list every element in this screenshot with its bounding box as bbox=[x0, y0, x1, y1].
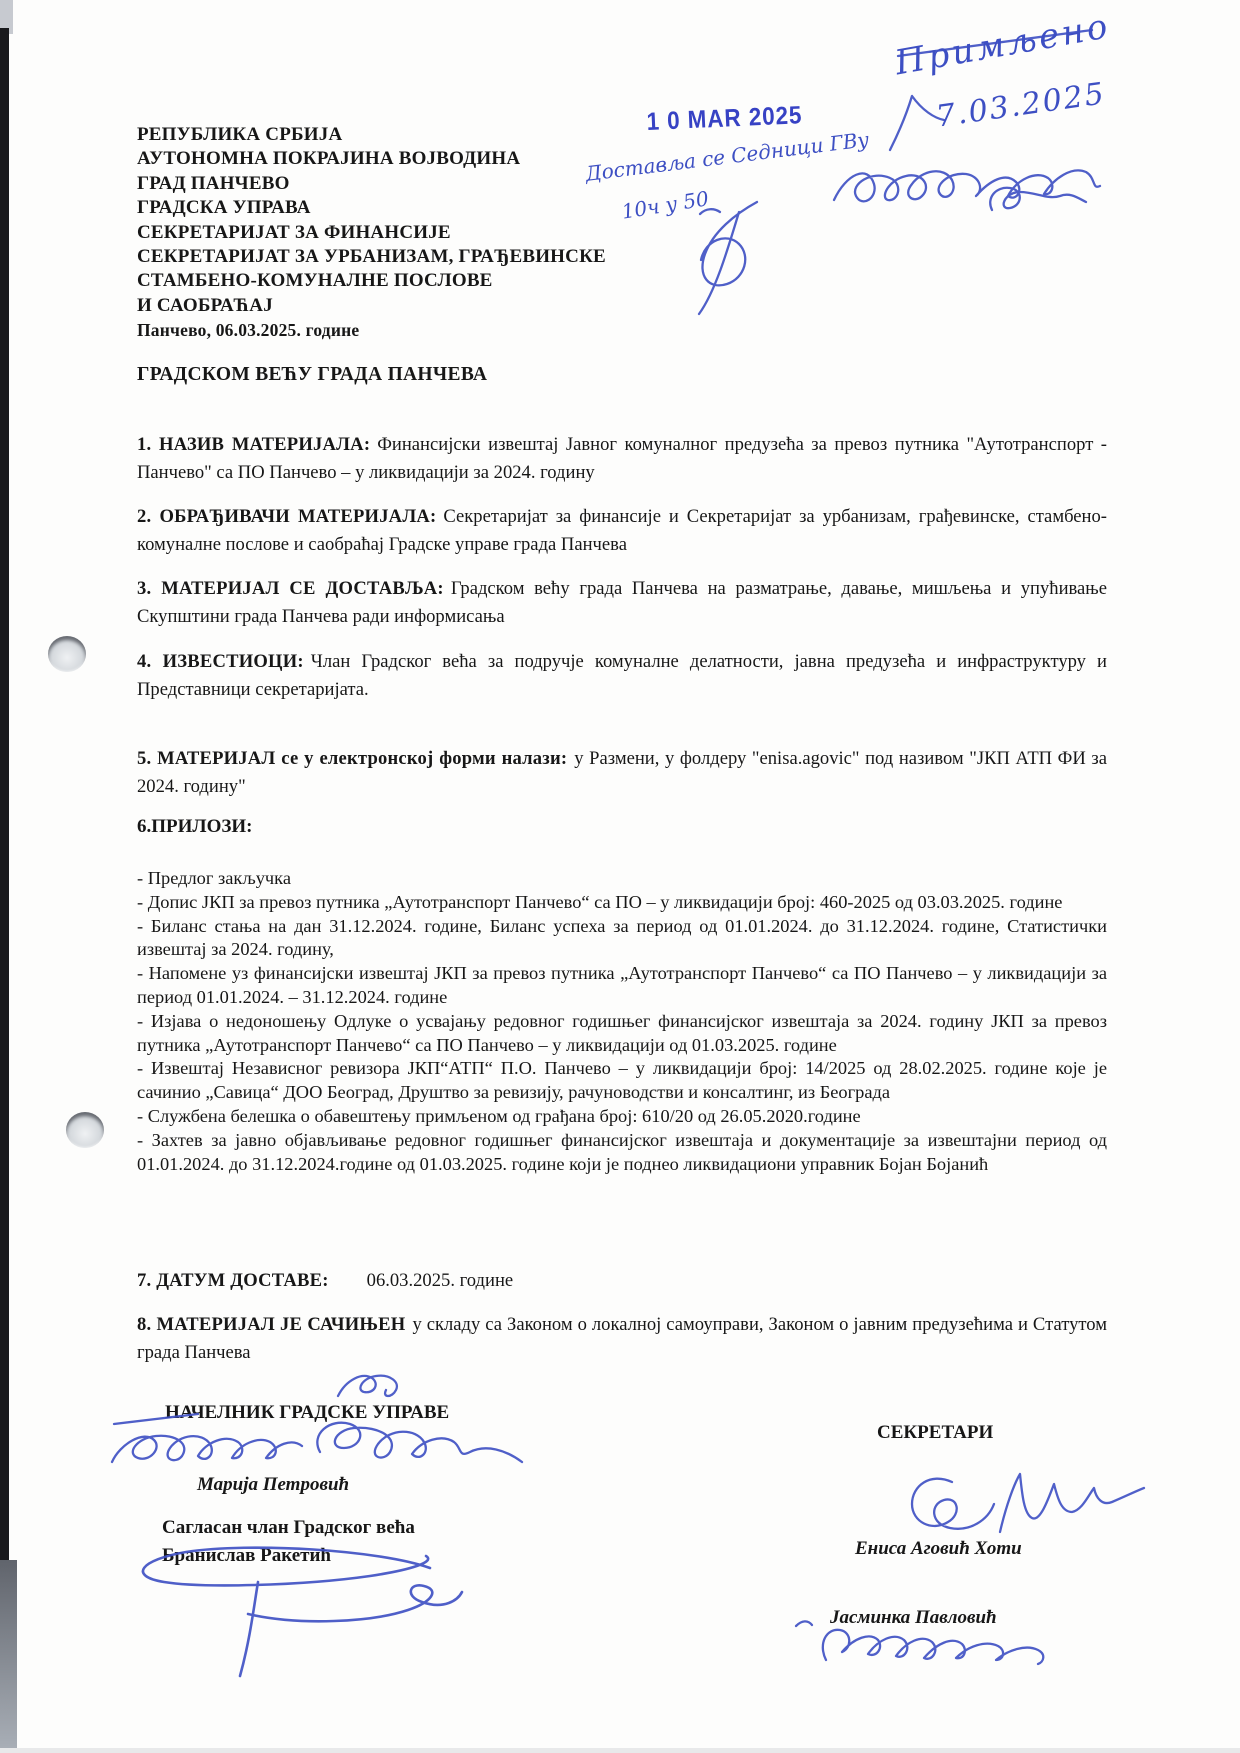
signature-stroke-jasminka bbox=[823, 1630, 1043, 1664]
handwritten-paraph-under-stamp bbox=[701, 202, 757, 285]
scanned-document-page: РЕПУБЛИКА СРБИЈА АУТОНОМНА ПОКРАЈИНА ВОЈ… bbox=[0, 0, 1240, 1753]
attachment-item: - Изјава о недоношењу Одлуке о усвајању … bbox=[137, 1010, 1107, 1058]
attachment-item: - Предлог закључка bbox=[137, 867, 1107, 891]
section-3-label: 3. МАТЕРИЈАЛ СЕ ДОСТАВЉА: bbox=[137, 578, 444, 599]
section-7: 7. ДАТУМ ДОСТАВЕ:06.03.2025. године bbox=[137, 1267, 1107, 1295]
letterhead-place-date: Панчево, 06.03.2025. године bbox=[137, 318, 606, 342]
signature-stroke-marija-1 bbox=[112, 1436, 302, 1462]
letterhead-line: АУТОНОМНА ПОКРАЈИНА ВОЈВОДИНА bbox=[137, 147, 606, 171]
signature-title-nachelnik: НАЧЕЛНИК ГРАДСКЕ УПРАВЕ bbox=[165, 1402, 449, 1424]
signature-name-marija-petrovic: Марија Петровић bbox=[197, 1474, 349, 1496]
date-stamp: 1 0 MAR 2025 bbox=[646, 101, 803, 137]
handwritten-initials-above-title bbox=[338, 1376, 397, 1396]
attachment-item: - Допис ЈКП за превоз путника „Аутотранс… bbox=[137, 891, 1107, 915]
section-8: 8. МАТЕРИЈАЛ ЈЕ САЧИЊЕНу складу са Закон… bbox=[137, 1311, 1107, 1366]
letterhead-line: СТАМБЕНО-КОМУНАЛНЕ ПОСЛОВЕ bbox=[137, 269, 606, 293]
handwritten-received-note: Примљено bbox=[892, 6, 1113, 83]
signature-stroke-marija-2 bbox=[317, 1423, 522, 1462]
letterhead-line: ГРАДСКА УПРАВА bbox=[137, 196, 606, 220]
letterhead-line: И САОБРАЋАЈ bbox=[137, 294, 606, 318]
letterhead-line: СЕКРЕТАРИЈАТ ЗА УРБАНИЗАМ, ГРАЂЕВИНСКЕ bbox=[137, 245, 606, 269]
section-3: 3. МАТЕРИЈАЛ СЕ ДОСТАВЉА:Градском већу г… bbox=[137, 575, 1107, 630]
attachment-item: - Напомене уз финансијски извештај ЈКП з… bbox=[137, 962, 1107, 1010]
letterhead-line: ГРАД ПАНЧЕВО bbox=[137, 172, 606, 196]
addressee-line: ГРАДСКОМ ВЕЋУ ГРАДА ПАНЧЕВА bbox=[137, 364, 487, 386]
section-7-label: 7. ДАТУМ ДОСТАВЕ: bbox=[137, 1270, 329, 1291]
section-8-label: 8. МАТЕРИЈАЛ ЈЕ САЧИЊЕН bbox=[137, 1314, 405, 1335]
scan-edge-bottom bbox=[0, 1748, 1240, 1753]
signature-name-branislav-raketic: Бранислав Ракетић bbox=[162, 1545, 331, 1567]
section-2-label: 2. ОБРАЂИВАЧИ МАТЕРИЈАЛА: bbox=[137, 506, 436, 527]
signature-stroke-enisa-2 bbox=[1000, 1474, 1144, 1532]
signature-title-sekretari: СЕКРЕТАРИ bbox=[877, 1422, 993, 1444]
handwritten-session-note: Доставља се Седници ГВу bbox=[584, 127, 870, 186]
letterhead: РЕПУБЛИКА СРБИЈА АУТОНОМНА ПОКРАЈИНА ВОЈ… bbox=[137, 123, 606, 343]
handwritten-received-date: 7.03.2025 bbox=[934, 76, 1108, 134]
signature-stroke-jasminka-lead bbox=[796, 1621, 812, 1626]
letterhead-line: РЕПУБЛИКА СРБИЈА bbox=[137, 123, 606, 147]
section-1: 1. НАЗИВ МАТЕРИЈАЛА:Финансијски извештај… bbox=[137, 431, 1107, 486]
section-5: 5. МАТЕРИЈАЛ се у електронској форми нал… bbox=[137, 745, 1107, 800]
attachments-heading: 6.ПРИЛОЗИ: bbox=[137, 816, 1107, 838]
handwritten-scrawl-top-right bbox=[834, 170, 1100, 201]
signature-name-jasminka-pavlovic: Јасминка Павловић bbox=[830, 1607, 997, 1629]
attachment-item: - Службена белешка о обавештењу примљено… bbox=[137, 1105, 1107, 1129]
section-4-label: 4. ИЗВЕСТИОЦИ: bbox=[137, 651, 304, 672]
scan-edge-left bbox=[0, 28, 9, 1573]
signature-stroke-branislav-2 bbox=[240, 1582, 258, 1676]
handwritten-time-note: 10ч у 50 bbox=[620, 186, 710, 223]
attachment-item: - Захтев за јавно објављивање редовног г… bbox=[137, 1129, 1107, 1177]
section-1-label: 1. НАЗИВ МАТЕРИЈАЛА: bbox=[137, 434, 370, 455]
attachments-list: - Предлог закључка - Допис ЈКП за превоз… bbox=[137, 867, 1107, 1176]
section-7-value: 06.03.2025. године bbox=[367, 1270, 514, 1291]
handwritten-scrawl-top-right-2 bbox=[990, 188, 1086, 210]
attachment-item: - Биланс стања на дан 31.12.2024. године… bbox=[137, 915, 1107, 963]
attachment-item: - Извештај Независног ревизора ЈКП“АТП“ … bbox=[137, 1057, 1107, 1105]
section-4: 4. ИЗВЕСТИОЦИ:Члан Градског већа за подр… bbox=[137, 648, 1107, 703]
section-5-label: 5. МАТЕРИЈАЛ се у електронској форми нал… bbox=[137, 748, 567, 769]
scan-edge-left-bottom bbox=[0, 1560, 17, 1753]
signature-stroke-branislav-3 bbox=[248, 1585, 462, 1621]
punch-hole-bottom bbox=[66, 1112, 104, 1148]
signature-stroke-enisa-1 bbox=[912, 1479, 994, 1529]
signature-name-enisa-agovic-hoti: Ениса Аговић Хоти bbox=[855, 1538, 1022, 1560]
section-2: 2. ОБРАЂИВАЧИ МАТЕРИЈАЛА:Секретаријат за… bbox=[137, 503, 1107, 558]
letterhead-line: СЕКРЕТАРИЈАТ ЗА ФИНАНСИЈЕ bbox=[137, 221, 606, 245]
handwritten-paraph-descender bbox=[699, 212, 739, 314]
punch-hole-top bbox=[48, 636, 86, 672]
signature-title-saglasan-clan: Сагласан члан Градског већа bbox=[162, 1517, 415, 1539]
